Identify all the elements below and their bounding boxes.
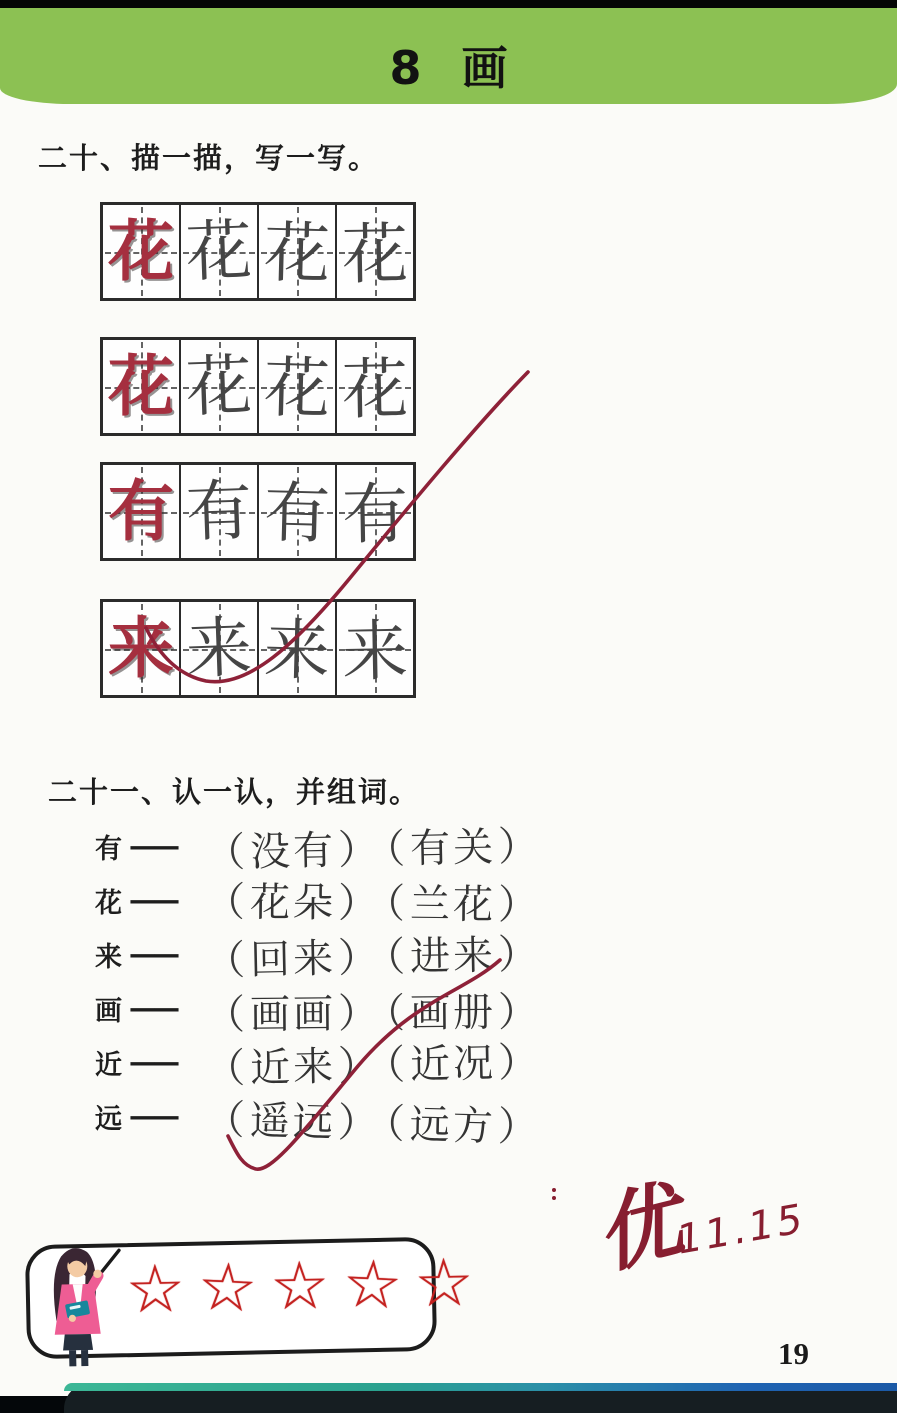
handwritten-character: 有 [336, 467, 414, 561]
open-paren: （ [205, 1045, 249, 1092]
handwritten-character: 来 [179, 601, 258, 697]
exercise-21-heading: 二十一、认一认，并组词。 [48, 770, 420, 811]
close-paren: ） [338, 934, 382, 981]
printed-character: 远 [95, 1097, 129, 1136]
trace-character: 有 [103, 465, 179, 558]
handwritten-answer: （没有）（有关） [202, 814, 543, 878]
answer-word-1: 画画 [250, 991, 336, 1038]
handwritten-cell: 来 [181, 602, 259, 695]
close-paren: ） [337, 1100, 381, 1147]
printed-character: 来 [95, 935, 129, 974]
printed-character: 近 [95, 1043, 129, 1082]
exercise-20-heading: 二十、描一描，写一写。 [38, 136, 379, 177]
handwritten-cell: 有 [181, 465, 259, 558]
answer-word-2: 有关 [410, 824, 497, 872]
open-paren: （ [205, 829, 249, 876]
open-paren: （ [205, 937, 249, 984]
star-icon: ☆ [414, 1250, 475, 1317]
word-line: 来 —— （回来）（进来） [95, 926, 543, 982]
dash-separator: —— [129, 885, 203, 916]
close-paren: ） [338, 1042, 382, 1089]
handwritten-cell: 来 [337, 602, 413, 695]
answer-word-1: 回来 [250, 935, 337, 983]
grade-date: 11.15 [673, 1196, 809, 1264]
practice-grid-row: 花 花 花 花 [100, 337, 416, 436]
trace-character: 花 [103, 205, 179, 298]
teacher-illustration [31, 1239, 130, 1371]
lesson-header-band: 8画 [0, 8, 897, 104]
handwritten-character: 有 [258, 466, 336, 561]
answer-word-1: 花朵 [250, 879, 336, 926]
lesson-title: 8画 [0, 32, 897, 98]
practice-grid-row: 有 有 有 有 [100, 462, 416, 561]
close-paren: ） [338, 990, 381, 1036]
open-paren: （ [204, 1096, 248, 1143]
answer-word-2: 兰花 [410, 881, 496, 928]
handwritten-answer: （遥远）（远方） [202, 1087, 543, 1152]
close-paren: ） [338, 826, 382, 873]
handwritten-character: 花 [336, 342, 414, 436]
word-line: 近 —— （近来）（近况） [95, 1034, 543, 1090]
answer-word-2: 进来 [410, 932, 497, 980]
handwritten-cell: 花 [259, 340, 337, 433]
star-icon: ☆ [341, 1251, 403, 1320]
practice-grid-row: 花 花 花 花 [100, 202, 416, 301]
handwritten-cell: 花 [337, 205, 413, 298]
trace-cell: 花 [103, 340, 181, 433]
printed-character: 有 [95, 827, 129, 866]
answer-word-2: 近况 [410, 1040, 497, 1088]
close-paren: ） [498, 931, 542, 978]
lesson-number: 8 [389, 41, 421, 95]
star-row: ☆ ☆ ☆ ☆ ☆ [125, 1250, 474, 1323]
answer-word-1: 遥远 [249, 1097, 336, 1145]
handwritten-cell: 花 [181, 205, 259, 298]
handwritten-character: 有 [179, 464, 258, 560]
handwritten-character: 花 [258, 341, 336, 436]
handwritten-cell: 来 [259, 602, 337, 695]
word-line: 花 —— （花朵）（兰花） [95, 872, 543, 928]
close-paren: ） [338, 880, 381, 926]
practice-grid-row: 来 来 来 来 [100, 599, 416, 698]
open-paren: （ [205, 992, 248, 1038]
handwritten-answer: （花朵）（兰花） [203, 870, 544, 931]
answer-word-1: 没有 [250, 827, 337, 875]
printed-character: 画 [95, 989, 129, 1028]
page-number: 19 [778, 1336, 809, 1372]
answer-word-2: 画册 [410, 989, 496, 1036]
handwritten-cell: 花 [259, 205, 337, 298]
handwritten-character: 来 [258, 603, 336, 698]
word-line: 有 —— （没有）（有关） [95, 818, 543, 874]
open-paren: （ [385, 934, 409, 980]
handwritten-character: 花 [336, 207, 414, 301]
close-paren: ） [498, 882, 541, 928]
open-paren: （ [385, 881, 408, 927]
star-icon: ☆ [196, 1254, 258, 1323]
close-paren: ） [498, 1039, 542, 1086]
trace-character: 来 [103, 602, 179, 695]
handwritten-answer: （回来）（进来） [202, 922, 543, 986]
handwritten-cell: 花 [337, 340, 413, 433]
handwritten-cell: 有 [259, 465, 337, 558]
word-line: 画 —— （画画）（画册） [95, 980, 543, 1036]
open-paren: （ [385, 826, 409, 872]
trace-cell: 有 [103, 465, 181, 558]
ink-dot [552, 1188, 561, 1200]
open-paren: （ [385, 1042, 409, 1088]
handwritten-answer: （近来）（近况） [202, 1030, 543, 1094]
star-icon: ☆ [269, 1253, 330, 1320]
trace-cell: 花 [103, 205, 181, 298]
close-paren: ） [498, 989, 541, 1035]
book-bottom-edge [64, 1383, 897, 1413]
trace-character: 花 [103, 340, 179, 433]
dash-separator: —— [129, 993, 203, 1024]
lesson-name: 画 [462, 41, 508, 95]
close-paren: ） [498, 823, 542, 870]
answer-word-1: 近来 [250, 1043, 337, 1091]
answer-word-2: 远方 [409, 1101, 496, 1149]
handwritten-character: 花 [258, 206, 336, 301]
open-paren: （ [205, 879, 248, 925]
handwritten-character: 来 [336, 604, 414, 698]
handwritten-character: 花 [179, 339, 258, 435]
close-paren: ） [497, 1104, 541, 1151]
handwritten-character: 花 [179, 204, 258, 300]
dash-separator: —— [129, 1047, 203, 1078]
printed-character: 花 [95, 881, 129, 920]
star-icon: ☆ [125, 1256, 186, 1323]
leg [81, 1350, 88, 1366]
trace-cell: 来 [103, 602, 181, 695]
star-rating-box: ☆ ☆ ☆ ☆ ☆ [25, 1237, 437, 1360]
dash-separator: —— [129, 1101, 203, 1132]
leg [69, 1350, 76, 1366]
dash-separator: —— [129, 831, 203, 862]
open-paren: （ [384, 1101, 408, 1148]
open-paren: （ [385, 990, 408, 1036]
dash-separator: —— [129, 939, 203, 970]
skirt [63, 1334, 93, 1351]
handwritten-cell: 有 [337, 465, 413, 558]
word-line: 远 —— （遥远）（远方） [95, 1088, 543, 1144]
handwritten-cell: 花 [181, 340, 259, 433]
